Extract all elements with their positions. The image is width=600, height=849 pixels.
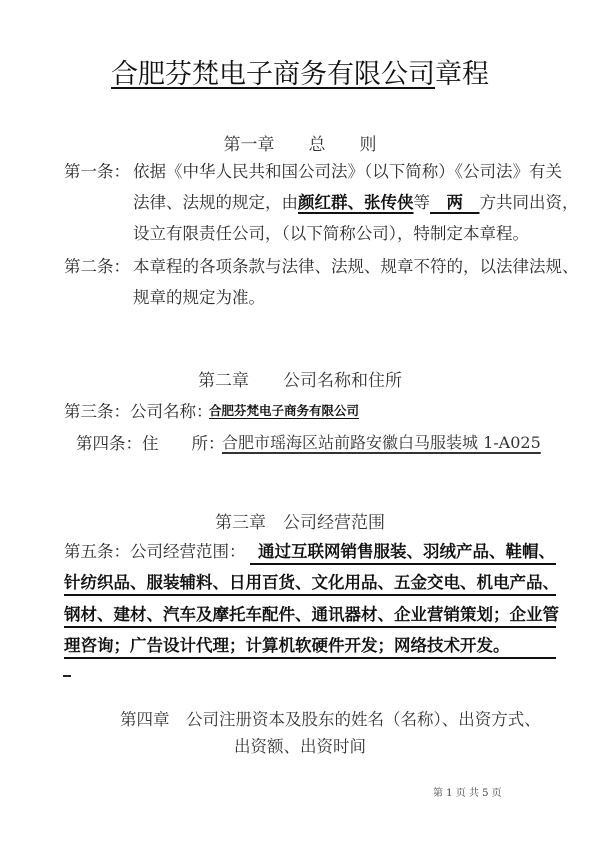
company-name-value: 合肥芬梵电子商务有限公司 [209,401,359,419]
title-suffix: 章程 [435,59,489,90]
scope-underline-1 [250,563,556,565]
article-2-line-1: 本章程的各项条款与法律、法规、规章不符的，以法律法规、 [133,253,579,277]
chapter-4-heading-line-1: 第四章 公司注册资本及股东的姓名（名称）、出资方式、 [120,706,541,730]
scope-line-1: 通过互联网销售服装、羽绒产品、鞋帽、 [258,538,555,562]
article-1-line-2: 法律、法规的规定，由颜红群、张传侠等 两 方共同出资， [133,189,579,213]
chapter-4-heading-line-2: 出资额、出资时间 [0,733,600,757]
article-1-line-1: 依据《中华人民共和国公司法》（以下简称）《公司法》有关 [133,158,562,182]
article-3-label: 第三条： [64,398,130,422]
article-1-line-3: 设立有限责任公司，（以下简称公司），特制定本章程。 [133,220,529,244]
scope-line-4: 理咨询；广告设计代理；计算机软硬件开发；网络技术开发。 [64,632,510,656]
article-1-label: 第一条： [64,158,130,182]
founders-suffix: 等 [414,193,431,212]
article-3-field: 公司名称： [130,398,213,422]
chapter-2-heading: 第二章 公司名称和住所 [0,366,600,391]
article-4-label: 第四条： [76,430,142,454]
article-2-label: 第二条： [64,253,130,277]
article-5-field: 公司经营范围： [130,538,246,562]
founders-count-suffix: 方共同出资， [480,193,579,212]
founders-names: 颜红群、张传侠 [298,193,414,212]
document-page: 合肥芬梵电子商务有限公司章程 第一章 总 则 第一条： 依据《中华人民共和国公司… [0,0,600,849]
page-number: 第 1 页 共 5 页 [433,784,502,799]
chapter-3-heading: 第三章 公司经营范围 [0,508,600,533]
article-4-field: 住 所： [142,430,225,454]
scope-line-3: 钢材、建材、汽车及摩托车配件、通讯器材、企业营销策划；企业管 [64,601,559,625]
scope-underline-2 [64,594,556,596]
chapter-1-heading: 第一章 总 则 [0,130,600,155]
scope-underline-3 [64,626,556,628]
article-2-line-2: 规章的规定为准。 [133,284,265,308]
stray-dash-mark [63,675,71,677]
article-1-line-2-text: 法律、法规的规定，由 [133,193,298,212]
address-value: 合肥市瑶海区站前路安徽白马服装城 1-A025 [222,430,541,453]
scope-line-2: 针纺织品、服装辅料、日用百货、文化用品、五金交电、机电产品、 [64,569,559,593]
company-name-title: 合肥芬梵电子商务有限公司 [111,59,435,90]
document-title: 合肥芬梵电子商务有限公司章程 [0,52,600,91]
article-5-label: 第五条： [64,538,130,562]
scope-underline-4 [64,657,556,659]
founders-count: 两 [430,193,480,212]
